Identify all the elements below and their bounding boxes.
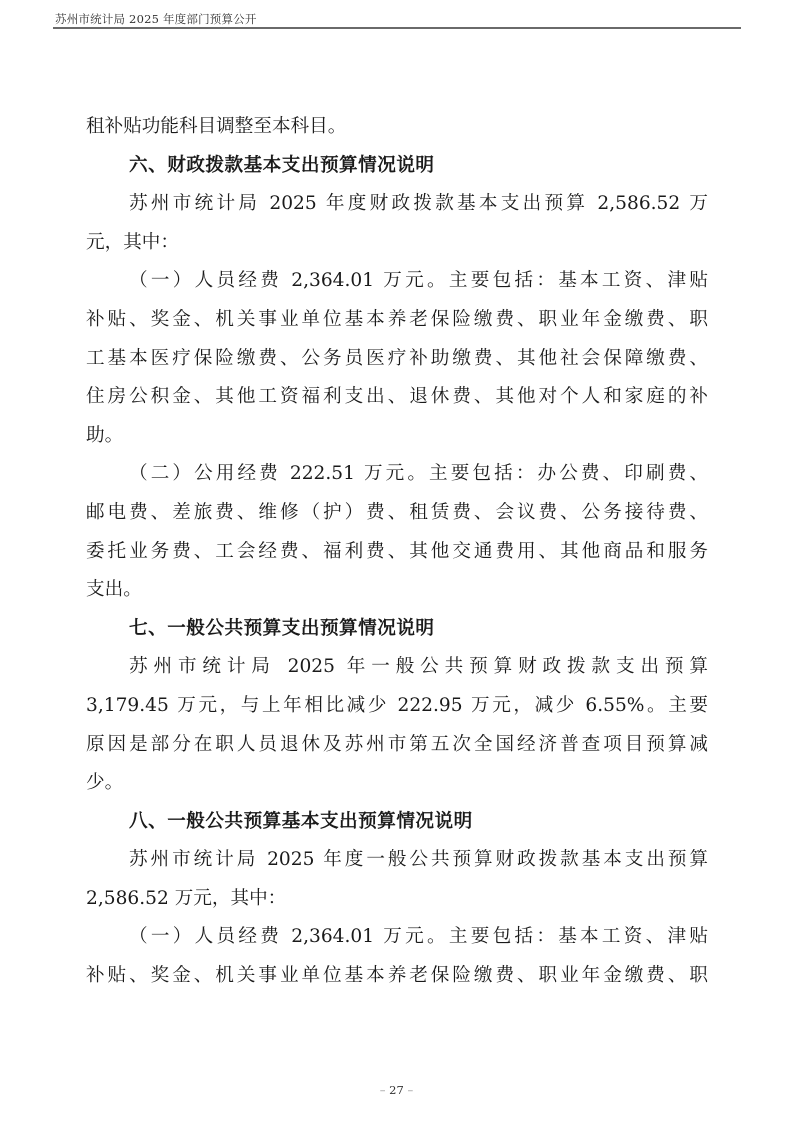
paragraph-line: （一）人员经费 2,364.01 万元。主要包括：基本工资、津贴 <box>86 262 708 301</box>
section-heading-8: 八、一般公共预算基本支出预算情况说明 <box>86 803 708 842</box>
paragraph-line: （一）人员经费 2,364.01 万元。主要包括：基本工资、津贴 <box>86 918 708 957</box>
paragraph-line: 支出。 <box>86 571 708 610</box>
paragraph-line: 租补贴功能科目调整至本科目。 <box>86 108 708 147</box>
footer-dash-left: – <box>380 1083 386 1097</box>
section-heading-7: 七、一般公共预算支出预算情况说明 <box>86 610 708 649</box>
paragraph-line: 助。 <box>86 417 708 456</box>
paragraph-line: 原因是部分在职人员退休及苏州市第五次全国经济普查项目预算减 <box>86 726 708 765</box>
paragraph-line: 苏州市统计局 2025 年度一般公共预算财政拨款基本支出预算 <box>86 841 708 880</box>
paragraph-line: 元，其中： <box>86 224 708 263</box>
document-body: 租补贴功能科目调整至本科目。 六、财政拨款基本支出预算情况说明 苏州市统计局 2… <box>86 108 708 996</box>
paragraph-line: 2,586.52 万元，其中： <box>86 880 708 919</box>
paragraph-line: 3,179.45 万元，与上年相比减少 222.95 万元，减少 6.55%。主… <box>86 687 708 726</box>
paragraph-line: 住房公积金、其他工资福利支出、退休费、其他对个人和家庭的补 <box>86 378 708 417</box>
footer-dash-right: – <box>407 1083 413 1097</box>
paragraph-line: 委托业务费、工会经费、福利费、其他交通费用、其他商品和服务 <box>86 533 708 572</box>
page-footer: – 27 – <box>0 1083 793 1097</box>
paragraph-line: 工基本医疗保险缴费、公务员医疗补助缴费、其他社会保障缴费、 <box>86 340 708 379</box>
header-title: 苏州市统计局 2025 年度部门预算公开 <box>55 11 257 27</box>
page-header: 苏州市统计局 2025 年度部门预算公开 <box>53 8 741 28</box>
paragraph-line: 少。 <box>86 764 708 803</box>
header-divider <box>53 27 741 29</box>
paragraph-line: （二）公用经费 222.51 万元。主要包括：办公费、印刷费、 <box>86 455 708 494</box>
paragraph-line: 苏州市统计局 2025 年度财政拨款基本支出预算 2,586.52 万 <box>86 185 708 224</box>
section-heading-6: 六、财政拨款基本支出预算情况说明 <box>86 147 708 186</box>
paragraph-line: 补贴、奖金、机关事业单位基本养老保险缴费、职业年金缴费、职 <box>86 957 708 996</box>
paragraph-line: 苏州市统计局 2025 年一般公共预算财政拨款支出预算 <box>86 648 708 687</box>
paragraph-line: 补贴、奖金、机关事业单位基本养老保险缴费、职业年金缴费、职 <box>86 301 708 340</box>
paragraph-line: 邮电费、差旅费、维修（护）费、租赁费、会议费、公务接待费、 <box>86 494 708 533</box>
page-number: 27 <box>389 1083 404 1097</box>
